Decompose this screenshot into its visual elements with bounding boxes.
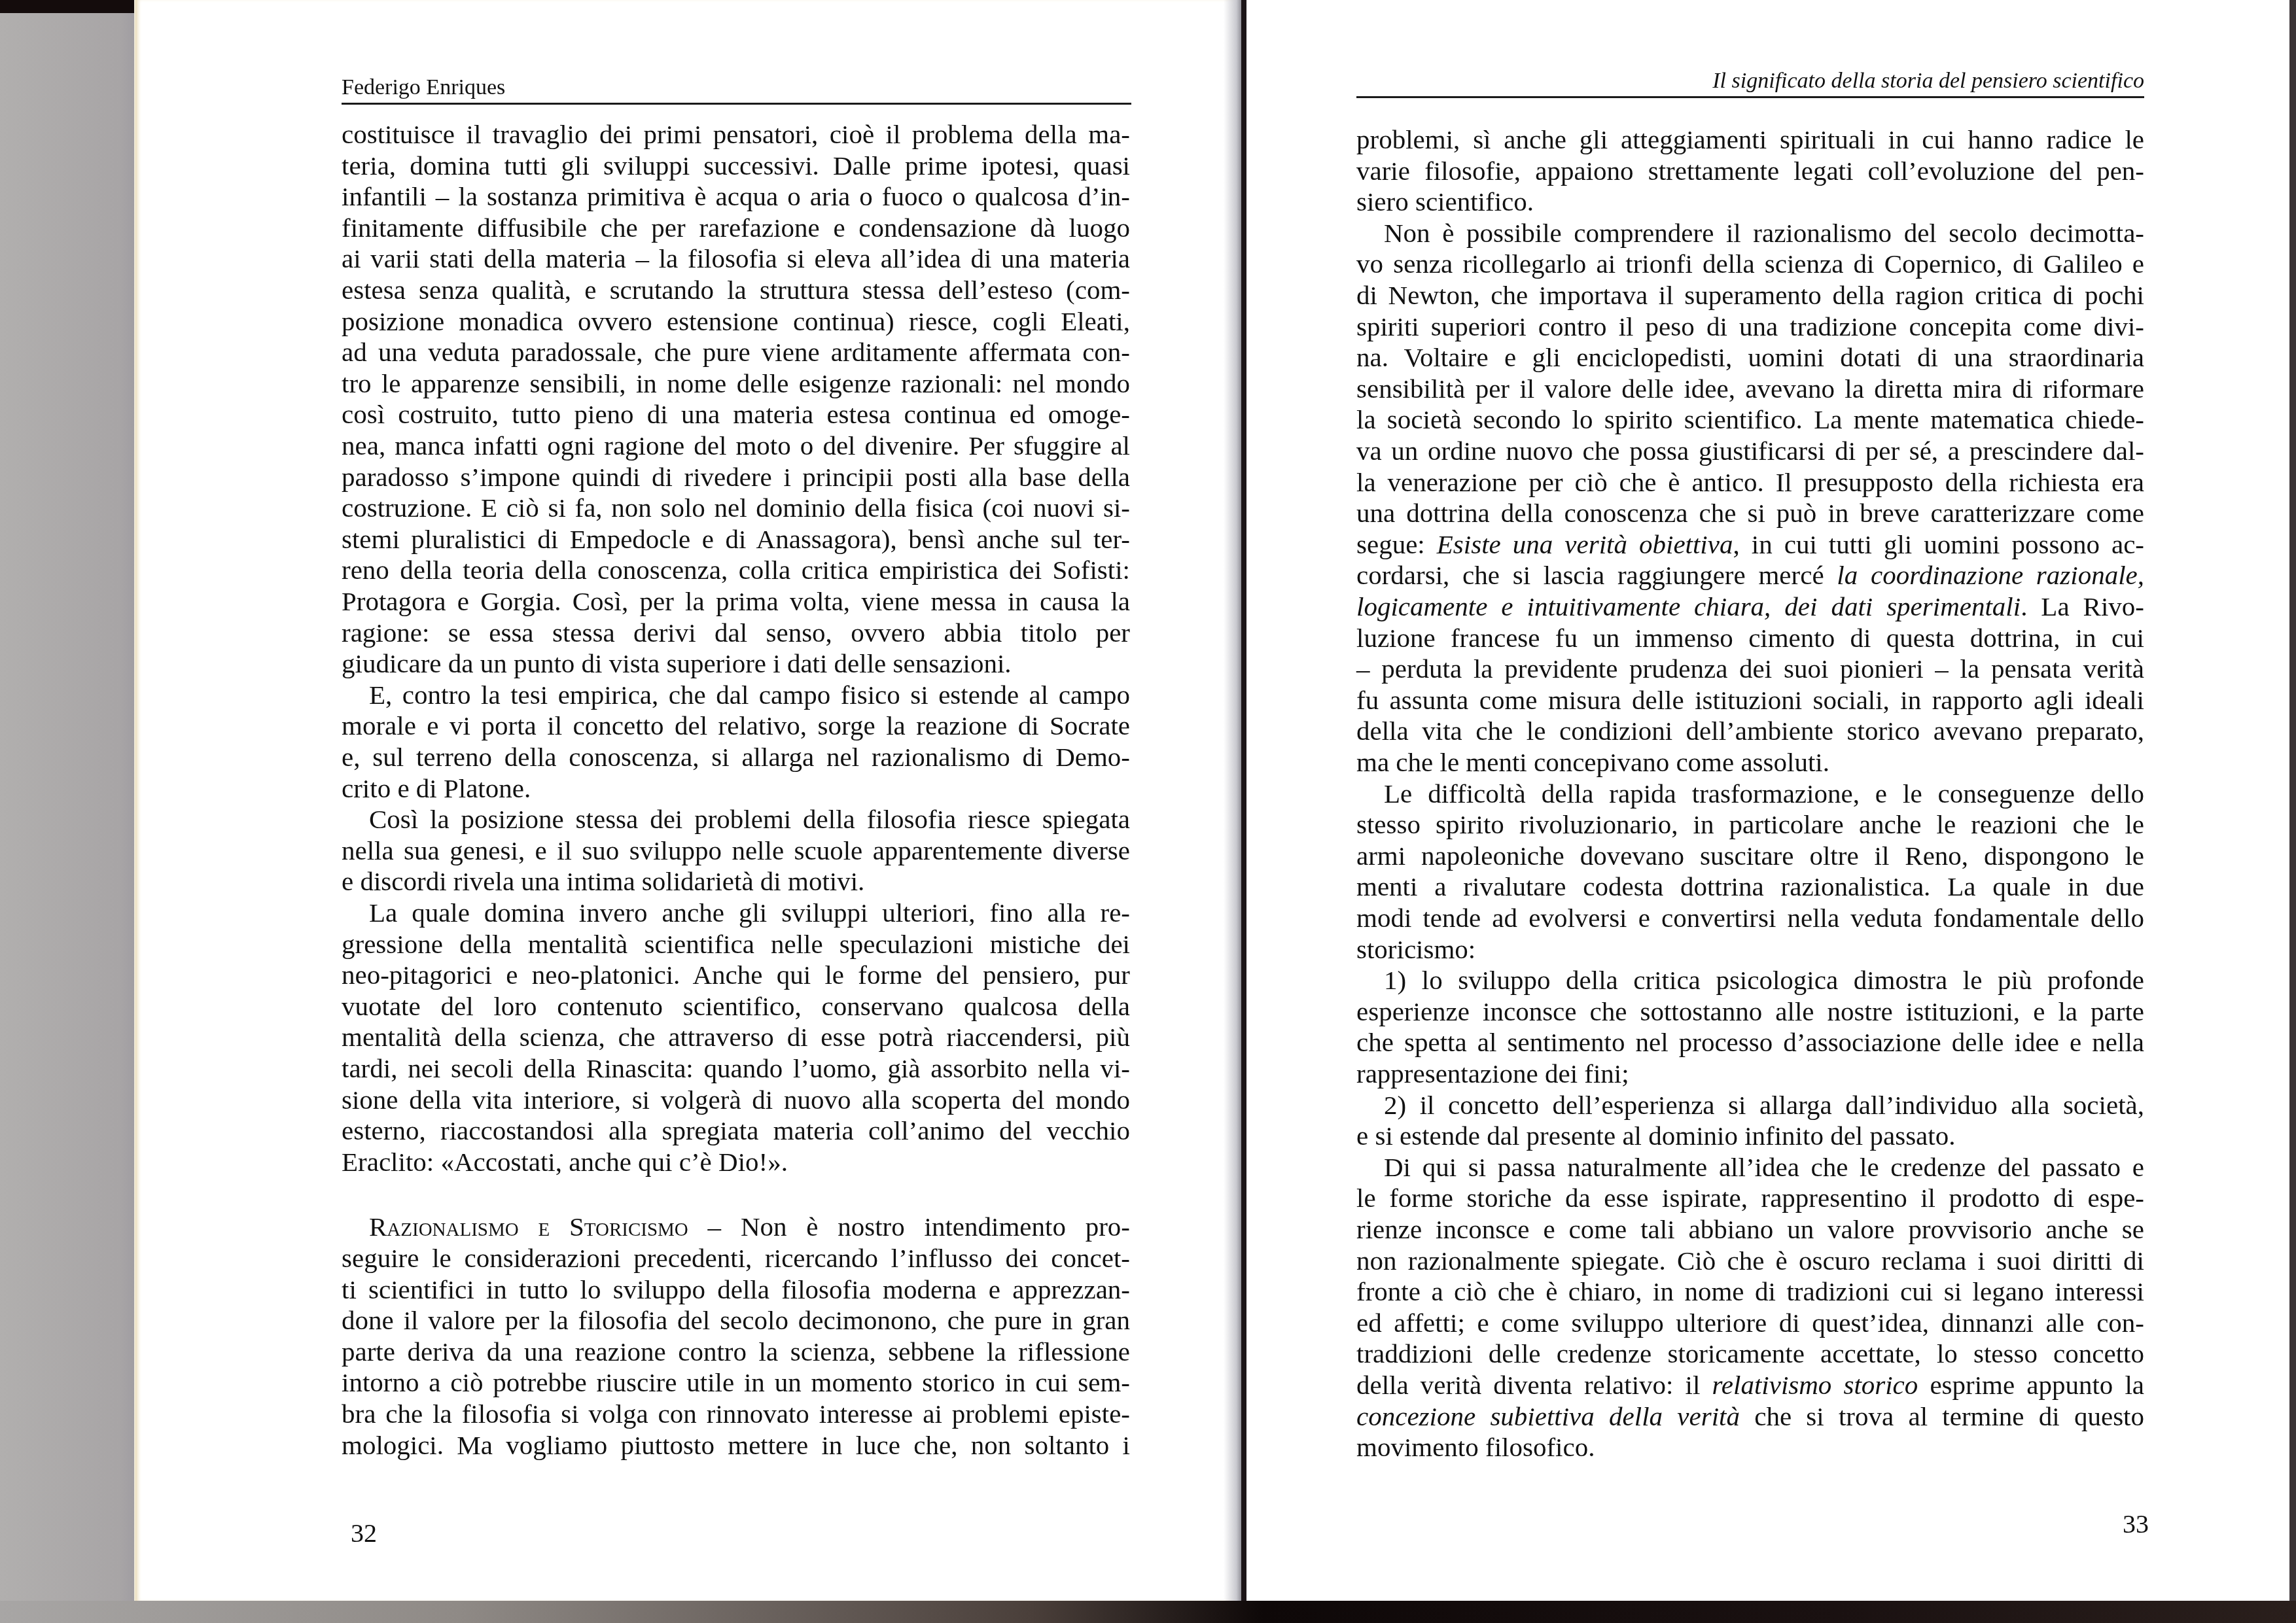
text-line: finitamente diffusibile che per rarefazi… — [342, 213, 1130, 243]
page-number-left: 32 — [351, 1519, 377, 1548]
text-line: bra che la filosofia si volga con rinnov… — [342, 1399, 1130, 1429]
text-line: E, contro la tesi empirica, che dal camp… — [342, 680, 1130, 710]
text-line: Le difficoltà della rapida trasformazion… — [1356, 778, 2144, 809]
text-line: ma che le menti concepivano come assolut… — [1356, 747, 2144, 778]
scan-bottom-edge — [0, 1601, 2296, 1623]
text-line: ai varii stati della materia – la filoso… — [342, 243, 1130, 274]
text-line: sensibilità per il valore delle idee, av… — [1356, 374, 2144, 404]
scan-background — [0, 13, 141, 1623]
text-line: vuotate del loro contenuto scientifico, … — [342, 991, 1130, 1022]
text-line: menti a rivalutare codesta dottrina razi… — [1356, 871, 2144, 902]
text-line: fu assunta come misura delle istituzioni… — [1356, 685, 2144, 716]
text-line: sione della vita interiore, si volgerà d… — [342, 1085, 1130, 1115]
text-line: tardi, nei secoli della Rinascita: quand… — [342, 1053, 1130, 1084]
text-line: intorno a ciò potrebbe riuscire utile in… — [342, 1367, 1130, 1398]
text-line: di Newton, che importava il superamento … — [1356, 280, 2144, 311]
text-line: Razionalismo e Storicismo – Non è nostro… — [342, 1212, 1130, 1242]
text-line: storicismo: — [1356, 934, 2144, 965]
text-run: che si trova al termine di questo — [1740, 1401, 2144, 1431]
scan-top-edge — [0, 0, 141, 13]
text-line: posizione monadica ovvero estensione con… — [342, 306, 1130, 337]
page-number-right: 33 — [2123, 1510, 2149, 1539]
text-run: , in cui tutti gli uomini possono ac- — [1733, 529, 2144, 559]
text-line: vo senza ricollegarlo ai trionfi della s… — [1356, 249, 2144, 279]
italic-emphasis: relativismo storico — [1712, 1370, 1918, 1400]
text-line: concezione subiettiva della verità che s… — [1356, 1401, 2144, 1432]
text-line: stemi pluralistici di Empedocle e di Ana… — [342, 524, 1130, 555]
text-line: mentalità della scienza, che attraverso … — [342, 1022, 1130, 1053]
text-line: luzione francese fu un immenso cimento d… — [1356, 623, 2144, 654]
text-line: rienze inconsce e come tali abbiano un v… — [1356, 1214, 2144, 1245]
text-run: esprime appunto la — [1918, 1370, 2144, 1400]
text-line: crito e di Platone. — [342, 773, 1130, 804]
text-line: esperienze inconsce che sottostanno alle… — [1356, 996, 2144, 1027]
text-run: . La Rivo- — [2021, 591, 2144, 621]
text-line: costituisce il travaglio dei primi pensa… — [342, 119, 1130, 150]
text-line: esterno, riaccostandosi alla spregiata m… — [342, 1115, 1130, 1146]
text-line: estesa senza qualità, e scrutando la str… — [342, 275, 1130, 305]
text-run: della verità diventa relativo: il — [1356, 1370, 1712, 1400]
text-line: e si estende dal presente al dominio inf… — [1356, 1121, 2144, 1151]
text-line: della verità diventa relativo: il relati… — [1356, 1370, 2144, 1401]
text-run: segue: — [1356, 529, 1437, 559]
text-line: costruzione. E ciò si fa, non solo nel d… — [342, 493, 1130, 523]
section-heading: Razionalismo e Storicismo — [369, 1212, 688, 1242]
text-line: traddizioni delle credenze storicamente … — [1356, 1338, 2144, 1369]
text-run: – Non è nostro intendimento pro- — [688, 1212, 1130, 1242]
text-line: della vita che le condizioni dell’ambien… — [1356, 716, 2144, 746]
running-head-left: Federigo Enriques — [342, 75, 505, 101]
text-line: modi tende ad evolversi e convertirsi ne… — [1356, 903, 2144, 934]
text-line: parte deriva da una reazione contro la s… — [342, 1336, 1130, 1367]
text-line: Eraclito: «Accostati, anche qui c’è Dio!… — [342, 1147, 1130, 1178]
text-line: nea, manca infatti ogni ragione del moto… — [342, 430, 1130, 461]
text-line: done il valore per la filosofia del seco… — [342, 1305, 1130, 1336]
text-line: ti scientifici in tutto lo sviluppo dell… — [342, 1274, 1130, 1305]
text-line: infantili – la sostanza primitiva è acqu… — [342, 181, 1130, 212]
text-line: La quale domina invero anche gli svilupp… — [342, 898, 1130, 928]
text-line: Protagora e Gorgia. Così, per la prima v… — [342, 586, 1130, 617]
text-line: neo-pitagorici e neo-platonici. Anche qu… — [342, 960, 1130, 990]
text-line: segue: Esiste una verità obiettiva, in c… — [1356, 529, 2144, 560]
text-line: spiriti superiori contro il peso di una … — [1356, 311, 2144, 342]
text-line: Non è possibile comprendere il razionali… — [1356, 218, 2144, 249]
text-line: una dottrina della conoscenza che si può… — [1356, 498, 2144, 529]
text-line: stesso spirito rivoluzionario, in partic… — [1356, 809, 2144, 840]
text-line: cordarsi, che si lascia raggiungere merc… — [1356, 560, 2144, 591]
italic-emphasis: la coordinazione razionale, — [1837, 560, 2144, 590]
text-line: mologici. Ma vogliamo piuttosto mettere … — [342, 1430, 1130, 1461]
text-line: fronte a ciò che è chiaro, in nome di tr… — [1356, 1276, 2144, 1307]
text-line: – perduta la previdente prudenza dei suo… — [1356, 654, 2144, 684]
text-line: tro le apparenze sensibili, in nome dell… — [342, 368, 1130, 399]
book-gutter — [1241, 0, 1246, 1601]
text-line: nella sua genesi, e il suo sviluppo nell… — [342, 835, 1130, 866]
header-rule-left — [342, 103, 1131, 105]
text-line: 1) lo sviluppo della critica psicologica… — [1356, 965, 2144, 996]
text-line: 2) il concetto dell’esperienza si allarg… — [1356, 1090, 2144, 1121]
text-line: movimento filosofico. — [1356, 1432, 2144, 1463]
text-line: na. Voltaire e gli enciclopedisti, uomin… — [1356, 342, 2144, 373]
gutter-shadow — [1224, 0, 1242, 1601]
text-line: siero scientifico. — [1356, 186, 2144, 217]
text-line: armi napoleoniche dovevano suscitare olt… — [1356, 841, 2144, 871]
text-line: va un ordine nuovo che possa giustificar… — [1356, 436, 2144, 466]
text-line: paradosso s’impone quindi di rivedere i … — [342, 462, 1130, 493]
text-line: ed affetti; e come sviluppo ulteriore di… — [1356, 1308, 2144, 1338]
text-line: ad una veduta paradossale, che pure vien… — [342, 337, 1130, 368]
text-line: non razionalmente spiegate. Ciò che è os… — [1356, 1246, 2144, 1276]
text-line: Di qui si passa naturalmente all’idea ch… — [1356, 1152, 2144, 1183]
text-line: problemi, sì anche gli atteggiamenti spi… — [1356, 124, 2144, 155]
text-run: cordarsi, che si lascia raggiungere merc… — [1356, 560, 1837, 590]
text-line: gressione della mentalità scientifica ne… — [342, 929, 1130, 960]
text-line: che spetta al sentimento nel processo d’… — [1356, 1027, 2144, 1058]
text-line: reno della teoria della conoscenza, coll… — [342, 555, 1130, 585]
text-line: e discordi rivela una intima solidarietà… — [342, 866, 1130, 897]
scan-right-edge — [2289, 0, 2296, 1623]
text-line: morale e vi porta il concetto del relati… — [342, 710, 1130, 741]
header-rule-right — [1356, 96, 2144, 98]
running-head-right: Il significato della storia del pensiero… — [1712, 68, 2144, 94]
text-line: la venerazione per ciò che è antico. Il … — [1356, 467, 2144, 498]
text-line: varie filosofie, appaiono strettamente l… — [1356, 156, 2144, 186]
text-line: la società secondo lo spirito scientific… — [1356, 404, 2144, 435]
text-line: così costruito, tutto pieno di una mater… — [342, 399, 1130, 430]
text-line: logicamente e intuitivamente chiara, dei… — [1356, 591, 2144, 622]
text-line: seguire le considerazioni precedenti, ri… — [342, 1243, 1130, 1274]
text-line: ragione: se essa stessa derivi dal senso… — [342, 618, 1130, 648]
text-line: giudicare da un punto di vista superiore… — [342, 648, 1130, 679]
text-line: le forme storiche da esse ispirate, rapp… — [1356, 1183, 2144, 1213]
text-line: e, sul terreno della conoscenza, si alla… — [342, 742, 1130, 773]
italic-emphasis: logicamente e intuitivamente chiara, dei… — [1356, 591, 2021, 621]
text-line: rappresentazione dei fini; — [1356, 1058, 2144, 1089]
text-line: teria, domina tutti gli sviluppi success… — [342, 150, 1130, 181]
italic-emphasis: Esiste una verità obiettiva — [1437, 529, 1733, 559]
text-line: Così la posizione stessa dei problemi de… — [342, 804, 1130, 835]
italic-emphasis: concezione subiettiva della verità — [1356, 1401, 1740, 1431]
